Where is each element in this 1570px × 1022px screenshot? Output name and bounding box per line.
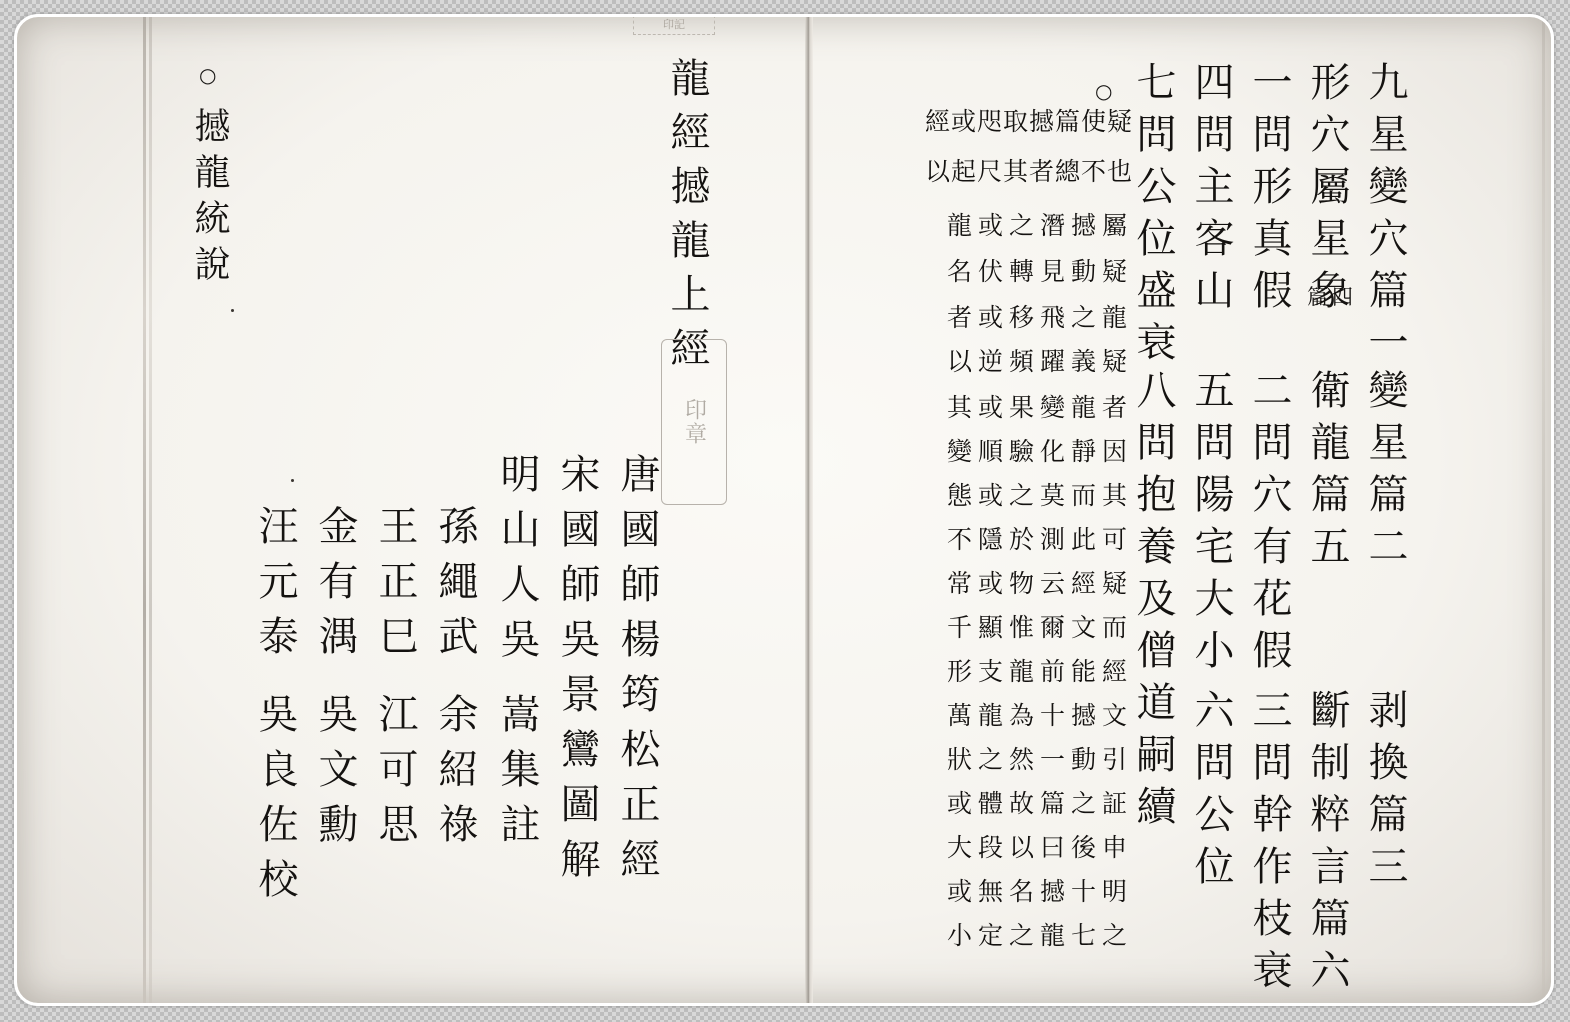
proofreader-wang-zhengsi: 王正巳 [375,505,415,670]
toc-chapter-4-annotation: 篇四 [1307,287,1357,308]
toc-question-5: 五問陽宅大小 [1191,369,1231,681]
commentary-line-19: 小定之龍七之 [947,923,1133,948]
commentary-line-13: 形支龍前能經 [947,659,1133,684]
toc-chapter-3: 剥換篇三 [1365,689,1405,897]
author-wu-song-bottom: 嵩集註 [497,693,537,858]
toc-chapter-5: 衛龍篇五 [1307,369,1347,577]
book-title: 龍經撼龍上經 [667,57,707,381]
library-seal: 印章 [661,339,727,505]
commentary-line-16: 或體故篇之証 [947,791,1133,816]
proofreader-wu-liangzuo: 吳良佐校 [255,693,295,913]
commentary-marker-circle: ○ [1095,81,1112,101]
author-yang-yunsong: 唐國師楊筠松正經 [617,453,657,893]
right-page: 九星變穴篇一 變星篇二 剥換篇三 形穴屬星象 篇四 衛龍篇五 斷制粹言篇六 一問… [809,17,1551,1003]
proofreader-yu-shaolu: 余紹祿 [435,693,475,858]
ink-speck [231,309,234,312]
commentary-line-18: 或無名撼十明 [947,879,1133,904]
commentary-line-3: 龍或之潛撼屬 [947,213,1133,238]
commentary-line-15: 狀之然一動引 [947,747,1133,772]
commentary-line-6: 以逆頻躍義疑 [947,349,1133,374]
toc-question-4: 四問主客山 [1191,61,1231,321]
commentary-line-8: 變順驗化靜因 [947,439,1133,464]
toc-question-1: 一問形真假 [1249,61,1289,321]
commentary-line-17: 大段以曰後申 [947,835,1133,860]
commentary-line-4: 名伏轉見動疑 [947,259,1133,284]
commentary-line-5: 者或移飛之龍 [947,305,1133,330]
proofreader-jin-youyu: 金有湡 [315,505,355,670]
ink-speck [291,479,294,482]
commentary-line-7: 其或果變龍者 [947,395,1133,420]
commentary-line-11: 常或物云經疑 [947,571,1133,596]
page-edge-line [1542,17,1545,1003]
proofreader-sun-shengwu: 孫繩武 [435,505,475,670]
book-spread-frame: 印記 龍經撼龍上經 印章 唐國師楊筠松正經 宋國師吳景鸞圖解 明山人吳 嵩集註 … [14,14,1554,1006]
proofreader-wu-wenxun: 吳文勳 [315,693,355,858]
page-edge-line [149,17,152,1003]
toc-question-8: 八問抱養及僧道嗣續 [1133,369,1173,837]
commentary-line-1: 經或咫取撼篇使疑 [925,109,1133,134]
top-stamp: 印記 [633,15,715,35]
toc-chapter-1: 九星變穴篇一 [1365,61,1405,373]
commentary-line-10: 不隱於測此可 [947,527,1133,552]
page-edge-line [143,17,146,1003]
commentary-line-12: 千顯惟爾文而 [947,615,1133,640]
author-wu-jingluan: 宋國師吳景鸞圖解 [557,453,597,893]
toc-question-3: 三問幹作枝衰 [1249,689,1289,1001]
author-wu-song-top: 明山人吳 [497,453,537,673]
section-heading: 撼龍統說 [191,107,227,291]
toc-question-2: 二問穴有花假 [1249,369,1289,681]
toc-question-6: 六問公位 [1191,689,1231,897]
toc-chapter-4-annotation-text: 篇四 [1307,285,1357,309]
left-page: 印記 龍經撼龍上經 印章 唐國師楊筠松正經 宋國師吳景鸞圖解 明山人吳 嵩集註 … [17,17,809,1003]
toc-chapter-6: 斷制粹言篇六 [1307,689,1347,1001]
toc-chapter-2: 變星篇二 [1365,369,1405,577]
proofreader-wang-yuantai: 汪元泰 [255,505,295,670]
section-marker-circle: ○ [199,65,216,85]
commentary-line-14: 萬龍為十撼文 [947,703,1133,728]
proofreader-jiang-kesi: 江可思 [375,693,415,858]
commentary-line-2: 以起尺其者總不也 [925,159,1133,184]
toc-chapter-4: 形穴屬星象 [1307,61,1347,321]
toc-question-7: 七問公位盛衰 [1133,61,1173,373]
commentary-line-9: 態或之莫而其 [947,483,1133,508]
